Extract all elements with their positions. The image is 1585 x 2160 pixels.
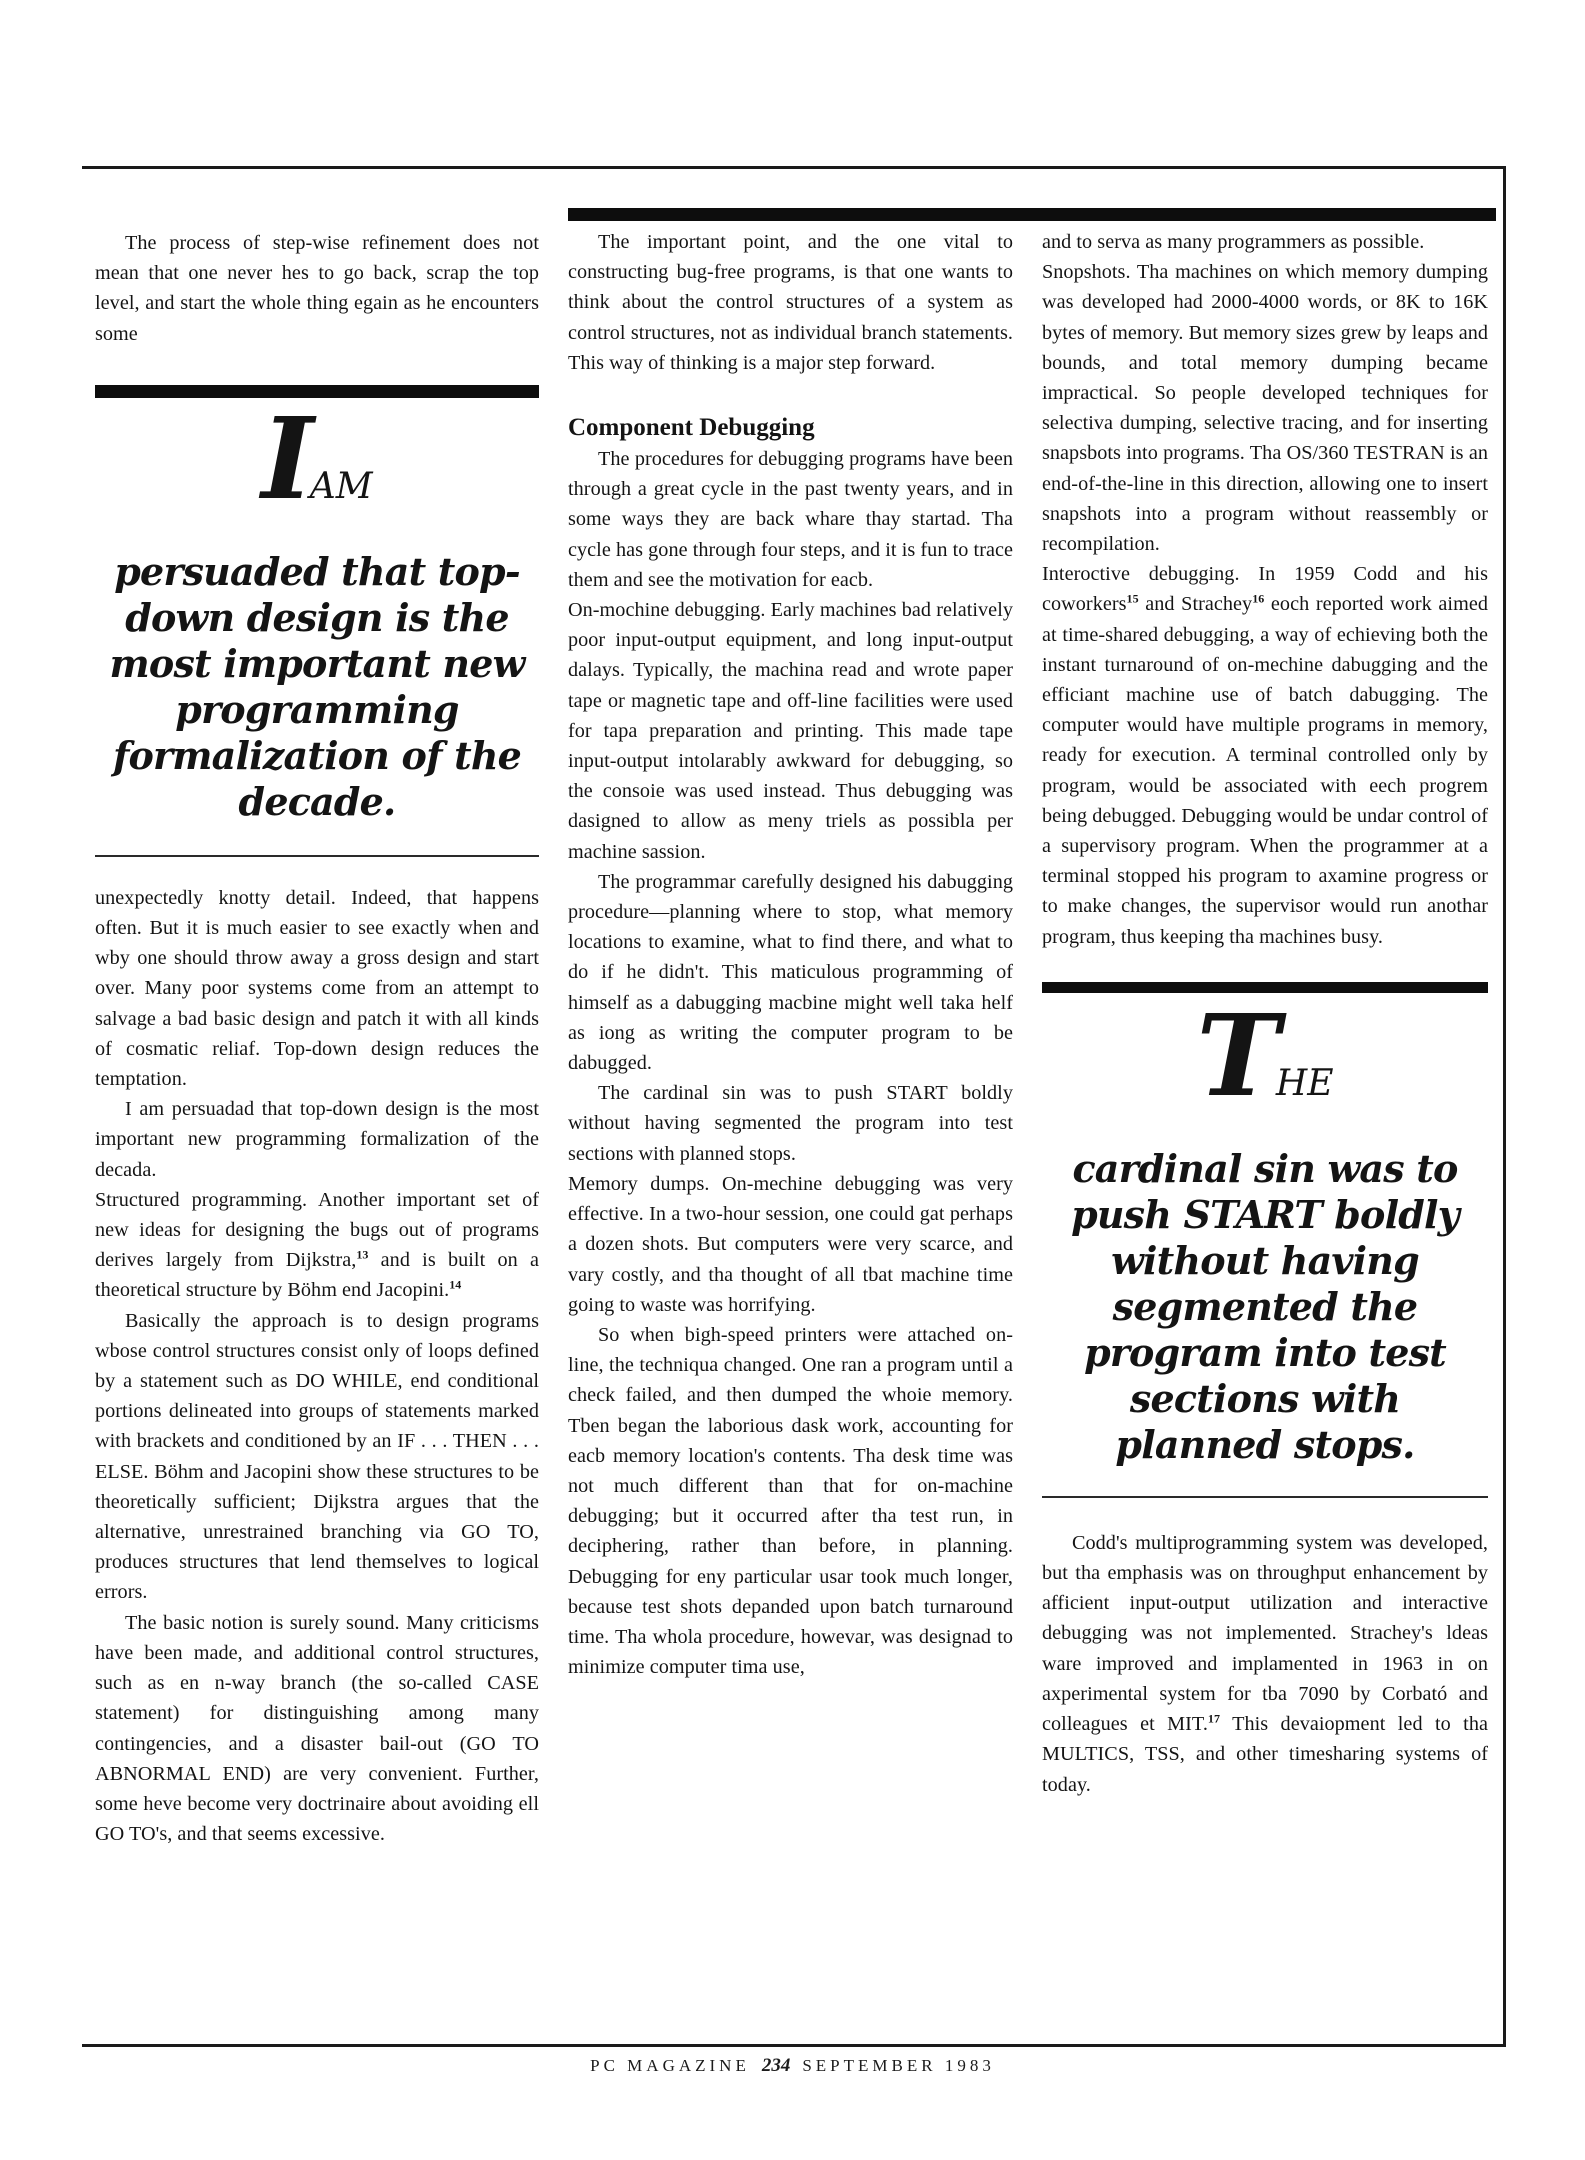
paragraph: and to serva as many programmers as poss… bbox=[1042, 227, 1488, 257]
page-frame-top-rule bbox=[82, 166, 1506, 169]
paragraph: The programmar carefully designed his da… bbox=[568, 867, 1013, 1078]
page-number: 234 bbox=[762, 2055, 791, 2076]
intro-paragraph: The process of step-wise refinement does… bbox=[95, 228, 539, 349]
paragraph-memory-dumps: Memory dumps. On-mechine debugging was v… bbox=[568, 1169, 1013, 1320]
pullquote-top-down: IAM persuaded that top-down design is th… bbox=[95, 410, 539, 825]
pullquote-text: cardinal sin was to push START boldly wi… bbox=[1042, 1146, 1488, 1468]
paragraph: The procedures for debugging programs ha… bbox=[568, 444, 1013, 595]
paragraph: So when bigh-speed printers were attache… bbox=[568, 1320, 1013, 1682]
run-in-heading: Memory dumps. bbox=[568, 1173, 710, 1195]
paragraph-structured-programming: Structured programming. Another importan… bbox=[95, 1185, 539, 1306]
footnote-ref: 15 bbox=[1127, 592, 1139, 606]
paragraph-on-machine-debugging: On-mochine debugging. Early machines bad… bbox=[568, 595, 1013, 867]
column-3: and to serva as many programmers as poss… bbox=[1042, 227, 1488, 1800]
page-frame-bottom-rule bbox=[82, 2044, 1506, 2047]
run-in-heading: Snopshots. bbox=[1042, 261, 1131, 283]
closing-paragraph: Codd's multiprogramming system was devel… bbox=[1042, 1528, 1488, 1800]
paragraph-interactive-debugging: Interoctive debugging. In 1959 Codd and … bbox=[1042, 559, 1488, 952]
run-in-heading: Interoctive debugging. bbox=[1042, 563, 1240, 585]
pullquote-small-caps: HE bbox=[1276, 1063, 1334, 1104]
pullquote-bottom-rule bbox=[95, 855, 539, 857]
footnote-ref: 16 bbox=[1252, 592, 1264, 606]
footnote-ref: 14 bbox=[449, 1278, 461, 1292]
page-footer: PC MAGAZINE234SEPTEMBER 1983 bbox=[0, 2055, 1585, 2077]
run-in-heading: On-mochine debugging. bbox=[568, 599, 765, 621]
paragraph: unexpectedly knotty detail. Indeed, that… bbox=[95, 883, 539, 1094]
paragraph: I am persuadad that top-down design is t… bbox=[95, 1094, 539, 1185]
column-2: The important point, and the one vital t… bbox=[568, 208, 1013, 1682]
pullquote-small-caps: AM bbox=[310, 466, 373, 507]
footnote-ref: 17 bbox=[1208, 1711, 1220, 1725]
pullquote-cardinal-sin: THE cardinal sin was to push START boldl… bbox=[1042, 1007, 1488, 1468]
page-frame-right-rule bbox=[1503, 166, 1506, 2047]
paragraph: Basically the approach is to design prog… bbox=[95, 1306, 539, 1608]
pullquote-initial: T bbox=[1196, 1007, 1275, 1107]
paragraph: The basic notion is surely sound. Many c… bbox=[95, 1608, 539, 1850]
section-heading-component-debugging: Component Debugging bbox=[568, 412, 1013, 444]
pullquote-initial: I bbox=[261, 410, 309, 510]
paragraph-snapshots: Snopshots. Tha machines on which memory … bbox=[1042, 257, 1488, 559]
issue-date: SEPTEMBER 1983 bbox=[802, 2056, 995, 2075]
column-2-top-rule bbox=[568, 208, 1496, 221]
column-1-body: unexpectedly knotty detail. Indeed, that… bbox=[95, 883, 539, 1850]
pullquote-top-rule bbox=[95, 385, 539, 398]
paragraph: The important point, and the one vital t… bbox=[568, 227, 1013, 378]
pullquote-text: persuaded that top-down design is the mo… bbox=[95, 549, 539, 825]
footnote-ref: 13 bbox=[356, 1248, 368, 1262]
magazine-name: PC MAGAZINE bbox=[590, 2056, 750, 2075]
pullquote-bottom-rule bbox=[1042, 1496, 1488, 1498]
paragraph: The cardinal sin was to push START boldl… bbox=[568, 1078, 1013, 1169]
column-1: The process of step-wise refinement does… bbox=[95, 228, 539, 1849]
run-in-heading: Structured programming. bbox=[95, 1189, 307, 1211]
